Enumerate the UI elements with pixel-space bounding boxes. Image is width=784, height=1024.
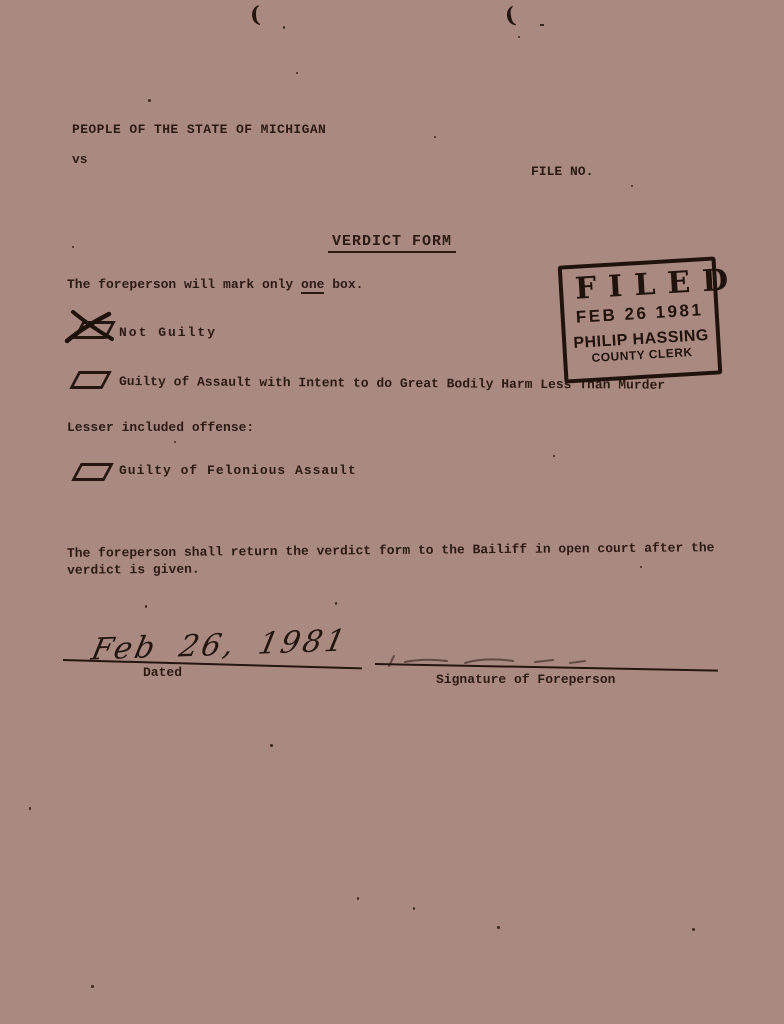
case-caption-plaintiff: PEOPLE OF THE STATE OF MICHIGAN [72, 122, 326, 137]
checkmark-x-not-guilty [62, 308, 118, 348]
checkbox-guilty-felonious-assault [71, 463, 114, 481]
scan-speck [518, 36, 520, 38]
option-label-not-guilty: Not Guilty [119, 325, 217, 340]
return-instruction: The foreperson shall return the verdict … [67, 540, 715, 579]
marking-instruction-emphasis: one [301, 277, 324, 294]
scan-speck [434, 136, 436, 138]
marking-instruction: The foreperson will mark only one box. [67, 277, 363, 292]
scan-speck [296, 72, 298, 74]
filed-stamp: FILED FEB 26 1981 PHILIP HASSING COUNTY … [558, 256, 723, 383]
scan-speck [148, 99, 151, 102]
scan-speck [29, 807, 31, 810]
scan-speck [540, 24, 544, 26]
scan-speck [91, 985, 94, 988]
page-title: VERDICT FORM [0, 233, 784, 250]
lesser-offense-heading: Lesser included offense: [67, 420, 254, 435]
scan-speck [692, 928, 695, 931]
signature-label: Signature of Foreperson [436, 672, 615, 687]
scan-speck [270, 744, 273, 747]
marking-instruction-suffix: box. [324, 277, 363, 292]
scan-speck [283, 26, 285, 29]
file-number-label: FILE NO. [531, 164, 593, 179]
erased-signature-scribble [385, 650, 625, 670]
scan-speck [413, 907, 415, 910]
scan-speck [497, 926, 500, 929]
checkbox-guilty-assault-intent [69, 371, 112, 389]
scan-speck [357, 897, 359, 900]
scan-speck [631, 185, 633, 187]
scan-speck [145, 605, 147, 608]
option-label-guilty-felonious-assault: Guilty of Felonious Assault [119, 463, 357, 478]
handwritten-date: Feb 26, 1981 [88, 623, 351, 667]
scan-speck [640, 566, 642, 568]
case-caption-versus: vs [72, 152, 88, 167]
scan-artifact-mark: ( [249, 2, 261, 29]
scan-speck [553, 455, 555, 457]
scanned-verdict-form: ( ( PEOPLE OF THE STATE OF MICHIGAN vs F… [0, 0, 784, 1024]
scan-speck [335, 602, 337, 605]
scan-speck [72, 246, 74, 248]
dated-label: Dated [143, 665, 182, 680]
marking-instruction-text: The foreperson will mark only [67, 277, 301, 292]
scan-artifact-mark: ( [503, 2, 518, 29]
scan-speck [174, 441, 176, 443]
